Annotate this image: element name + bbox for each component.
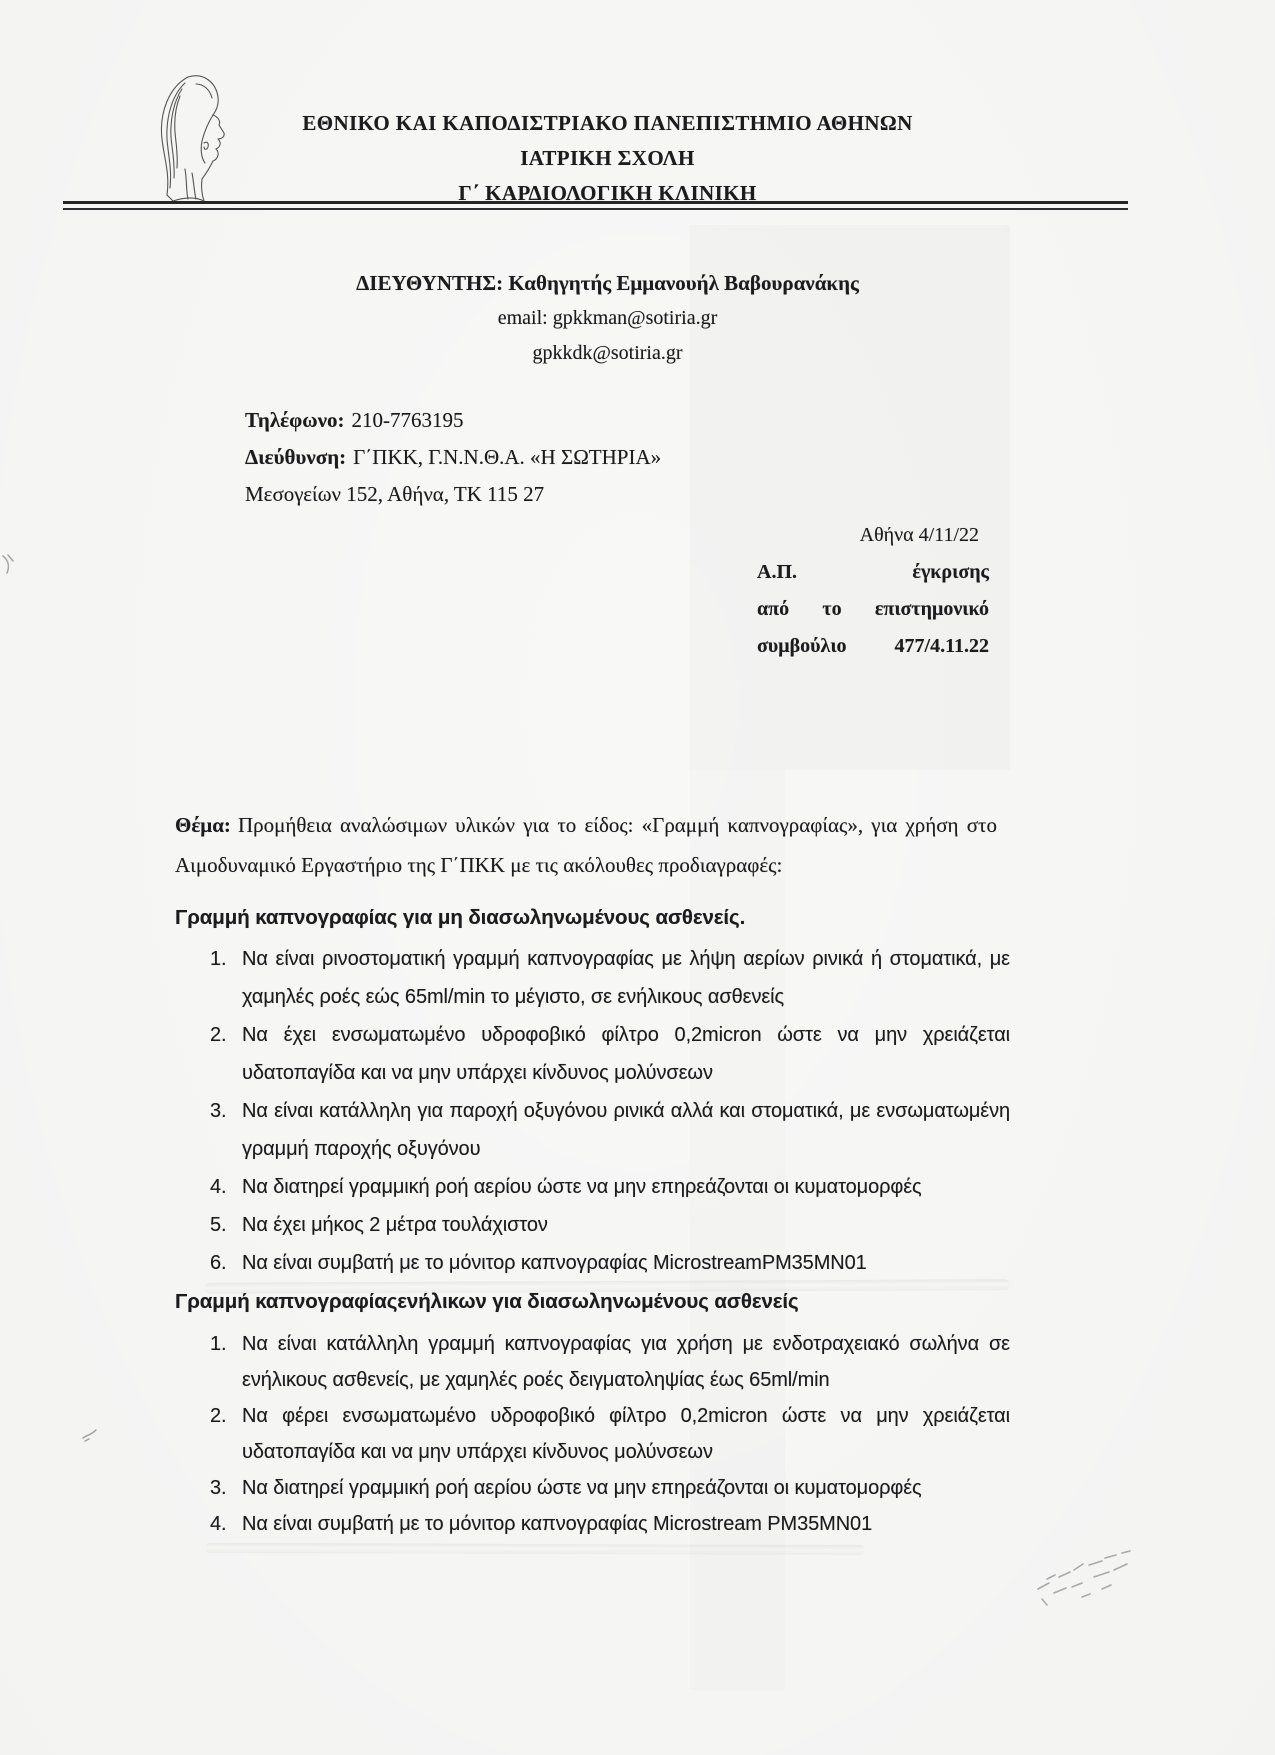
list-item: 3. Να διατηρεί γραμμική ροή αερίου ώστε …	[210, 1470, 1010, 1506]
email-line-1: email: gpkkman@sotiria.gr	[0, 301, 1215, 336]
spec-list-intubated: 1. Να είναι κατάλληλη γραμμή καπνογραφία…	[210, 1326, 1010, 1542]
stray-pen-mark	[0, 551, 18, 577]
item-text: Να διατηρεί γραμμική ροή αερίου ώστε να …	[242, 1168, 1010, 1206]
email-address-1: gpkkman@sotiria.gr	[553, 307, 718, 329]
scanned-document-page: ΕΘΝΙΚΟ ΚΑΙ ΚΑΠΟΔΙΣΤΡΙΑΚΟ ΠΑΝΕΠΙΣΤΗΜΙΟ ΑΘ…	[0, 0, 1275, 1755]
university-name: ΕΘΝΙΚΟ ΚΑΙ ΚΑΠΟΔΙΣΤΡΙΑΚΟ ΠΑΝΕΠΙΣΤΗΜΙΟ ΑΘ…	[0, 106, 1215, 141]
item-text: Να έχει μήκος 2 μέτρα τουλάχιστον	[242, 1206, 1010, 1244]
item-text: Να είναι ρινοστοματική γραμμή καπνογραφί…	[242, 940, 1010, 1016]
item-number: 1.	[210, 1326, 242, 1398]
header-divider	[63, 201, 1128, 210]
list-item: 2. Να φέρει ενσωματωμένο υδροφοβικό φίλτ…	[210, 1398, 1010, 1470]
subject-label: Θέμα:	[175, 813, 231, 837]
phone-line: Τηλέφωνο:210-7763195	[245, 402, 661, 439]
email-label: email:	[498, 307, 548, 329]
letterhead: ΕΘΝΙΚΟ ΚΑΙ ΚΑΠΟΔΙΣΤΡΙΑΚΟ ΠΑΝΕΠΙΣΤΗΜΙΟ ΑΘ…	[0, 106, 1215, 211]
item-number: 3.	[210, 1470, 242, 1506]
whiteout-streak	[205, 1543, 865, 1555]
approval-line-3: συμβούλιο 477/4.11.22	[757, 628, 989, 665]
list-item: 2. Να έχει ενσωματωμένο υδροφοβικό φίλτρ…	[210, 1016, 1010, 1092]
email-address-2: gpkkdk@sotiria.gr	[532, 342, 682, 364]
item-text: Να είναι κατάλληλη γραμμή καπνογραφίας γ…	[242, 1326, 1010, 1398]
address-value: Γ΄ΠΚΚ, Γ.Ν.Ν.Θ.Α. «Η ΣΩΤΗΡΙΑ»	[353, 445, 661, 469]
city-date: Αθήνα 4/11/22	[757, 517, 989, 554]
item-number: 2.	[210, 1016, 242, 1092]
item-number: 1.	[210, 940, 242, 1016]
list-item: 1. Να είναι ρινοστοματική γραμμή καπνογρ…	[210, 940, 1010, 1016]
list-item: 5. Να έχει μήκος 2 μέτρα τουλάχιστον	[210, 1206, 1010, 1244]
item-text: Να είναι συμβατή με το μόνιτορ καπνογραφ…	[242, 1506, 1010, 1542]
item-text: Να είναι συμβατή με το μόνιτορ καπνογραφ…	[242, 1244, 1010, 1282]
director-label: ΔΙΕΥΘΥΝΤΗΣ:	[356, 271, 503, 295]
item-number: 3.	[210, 1092, 242, 1168]
approval-line-2: από το επιστημονικό	[757, 591, 989, 628]
item-number: 4.	[210, 1168, 242, 1206]
email-line-2: gpkkdk@sotiria.gr	[0, 336, 1215, 371]
school-name: ΙΑΤΡΙΚΗ ΣΧΟΛΗ	[0, 141, 1215, 176]
item-text: Να διατηρεί γραμμική ροή αερίου ώστε να …	[242, 1470, 1010, 1506]
address-line: Διεύθυνση:Γ΄ΠΚΚ, Γ.Ν.Ν.Θ.Α. «Η ΣΩΤΗΡΙΑ»	[245, 439, 661, 476]
item-text: Να έχει ενσωματωμένο υδροφοβικό φίλτρο 0…	[242, 1016, 1010, 1092]
spec-list-non-intubated: 1. Να είναι ρινοστοματική γραμμή καπνογρ…	[210, 940, 1010, 1282]
list-item: 3. Να είναι κατάλληλη για παροχή οξυγόνο…	[210, 1092, 1010, 1168]
list-item: 6. Να είναι συμβατή με το μόνιτορ καπνογ…	[210, 1244, 1010, 1282]
director-name: Καθηγητής Εμμανουήλ Βαβουρανάκης	[508, 271, 859, 295]
item-number: 6.	[210, 1244, 242, 1282]
phone-number: 210-7763195	[351, 408, 463, 432]
phone-label: Τηλέφωνο:	[245, 408, 344, 432]
approval-block: Αθήνα 4/11/22 Α.Π. έγκρισης από το επιστ…	[757, 517, 989, 665]
pencil-scribble-mark	[1032, 1545, 1137, 1617]
list-item: 1. Να είναι κατάλληλη γραμμή καπνογραφία…	[210, 1326, 1010, 1398]
contact-block: Τηλέφωνο:210-7763195 Διεύθυνση:Γ΄ΠΚΚ, Γ.…	[245, 402, 661, 513]
item-number: 2.	[210, 1398, 242, 1470]
section-title-intubated: Γραμμή καπνογραφίαςενήλικων για διασωλην…	[175, 1290, 799, 1314]
item-number: 5.	[210, 1206, 242, 1244]
item-text: Να είναι κατάλληλη για παροχή οξυγόνου ρ…	[242, 1092, 1010, 1168]
list-item: 4. Να είναι συμβατή με το μόνιτορ καπνογ…	[210, 1506, 1010, 1542]
section-title-non-intubated: Γραμμή καπνογραφίας για μη διασωληνωμένο…	[175, 906, 745, 930]
subject-text: Προμήθεια αναλώσιμων υλικών για το είδος…	[175, 813, 997, 877]
approval-line-1: Α.Π. έγκρισης	[757, 554, 989, 591]
item-number: 4.	[210, 1506, 242, 1542]
stray-pen-mark	[80, 1426, 100, 1444]
address-line-2: Μεσογείων 152, Αθήνα, ΤΚ 115 27	[245, 476, 661, 513]
item-text: Να φέρει ενσωματωμένο υδροφοβικό φίλτρο …	[242, 1398, 1010, 1470]
list-item: 4. Να διατηρεί γραμμική ροή αερίου ώστε …	[210, 1168, 1010, 1206]
director-line: ΔΙΕΥΘΥΝΤΗΣ: Καθηγητής Εμμανουήλ Βαβουραν…	[0, 266, 1215, 301]
director-block: ΔΙΕΥΘΥΝΤΗΣ: Καθηγητής Εμμανουήλ Βαβουραν…	[0, 266, 1215, 371]
address-label: Διεύθυνση:	[245, 445, 346, 469]
subject-paragraph: Θέμα:Προμήθεια αναλώσιμων υλικών για το …	[175, 805, 997, 885]
